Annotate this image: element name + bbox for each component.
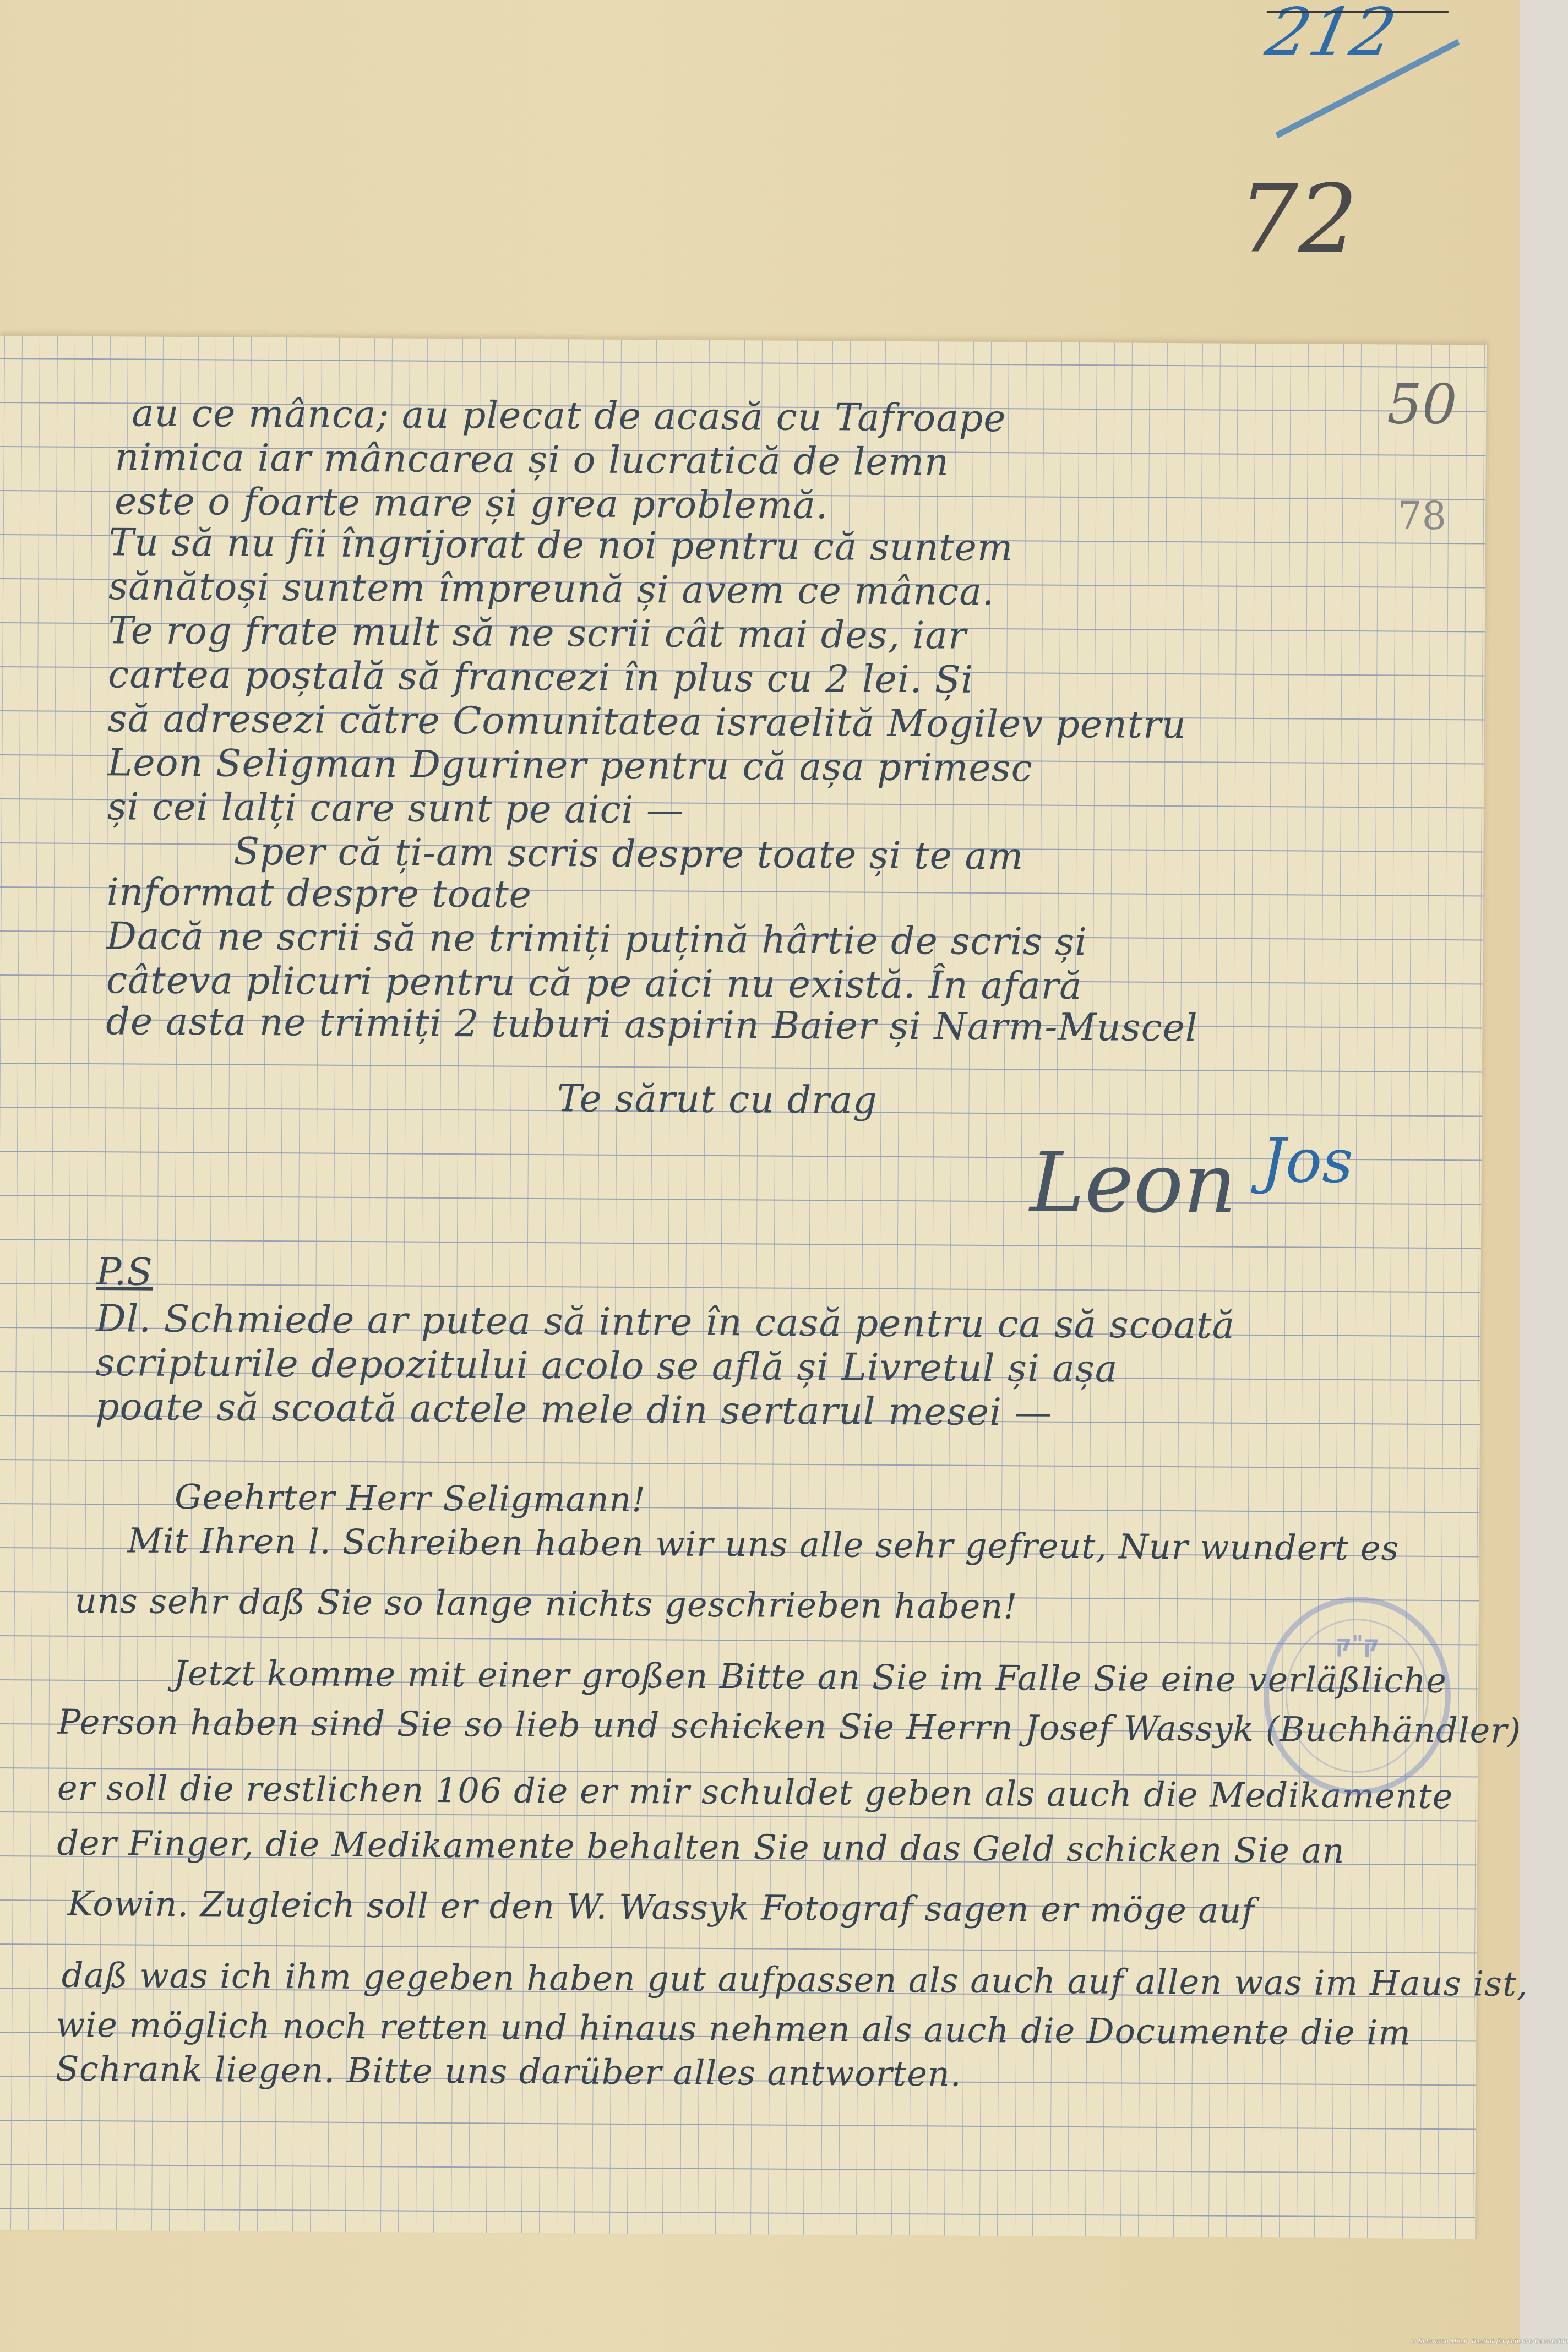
closing-greeting: Te sărut cu drag xyxy=(557,1077,878,1123)
community-stamp: ק"ק xyxy=(1263,1596,1451,1795)
ro-line-9: Leon Seligman Dguriner pentru că așa pri… xyxy=(107,741,1033,790)
stamp-inner-ring: ק"ק xyxy=(1285,1618,1429,1773)
ro-line-10: și cei lalți care sunt pe aici — xyxy=(107,785,685,832)
ro-line-15: de asta ne trimiți 2 tuburi aspirin Baie… xyxy=(106,1000,1198,1050)
ro-line-1: au ce mânca; au plecat de acasă cu Tafro… xyxy=(132,391,1006,440)
page-number: 50 xyxy=(1387,372,1457,437)
graph-paper-letter: 50 78 au ce mânca; au plecat de acasă cu… xyxy=(0,336,1488,2239)
signature: Leon xyxy=(1030,1135,1237,1232)
ro-line-3: este o foarte mare și grea problemă. xyxy=(115,480,829,527)
ps-line-1: Dl. Schmiede ar putea să intre în casă p… xyxy=(96,1297,1235,1348)
ro-line-2: nimica iar mâncarea și o lucratică de le… xyxy=(115,435,949,484)
ro-line-13: Dacă ne scrii să ne trimiți puțină hârti… xyxy=(106,914,1087,964)
folio-number-new: 72 xyxy=(1239,165,1358,274)
ro-line-12: informat despre toate xyxy=(107,870,532,917)
ps-line-3: poate să scoată actele mele din sertarul… xyxy=(95,1385,1053,1435)
de-line-7: Kowin. Zugleich soll er den W. Wassyk Fo… xyxy=(67,1883,1255,1931)
ro-line-5: sănătoși suntem împreună și avem ce mânc… xyxy=(108,565,995,614)
blue-signature-mark: Jos xyxy=(1261,1125,1354,1196)
de-salutation: Geehrter Herr Seligmann! xyxy=(175,1477,646,1520)
folio-number-old: 212 xyxy=(1246,0,1456,132)
ro-line-7: cartea poștală să francezi în plus cu 2 … xyxy=(108,653,973,702)
ro-line-11: Sper că ți-am scris despre toate și te a… xyxy=(233,830,1024,879)
de-line-8: daß was ich ihm gegeben haben gut aufpas… xyxy=(62,1955,1528,2004)
ro-line-6: Te rog frate mult să ne scrii cât mai de… xyxy=(108,609,966,658)
de-line-2: uns sehr daß Sie so lange nichts geschri… xyxy=(75,1581,1018,1626)
ro-line-4: Tu să nu fii îngrijorat de noi pentru că… xyxy=(108,521,1013,570)
de-line-10: Schrank liegen. Bitte uns darüber alles … xyxy=(56,2049,962,2094)
de-line-9: wie möglich noch retten und hinaus nehme… xyxy=(56,2005,1411,2053)
strike-line xyxy=(1266,11,1449,13)
de-line-3: Jetzt komme mit einer großen Bitte an Si… xyxy=(173,1653,1447,1701)
de-line-1: Mit Ihren l. Schreiben haben wir uns all… xyxy=(127,1520,1399,1568)
stamp-hebrew-text: ק"ק xyxy=(1336,1631,1380,1657)
ro-line-8: să adresezi către Comunitatea israelită … xyxy=(108,697,1186,747)
ps-label: P.S xyxy=(96,1250,153,1294)
de-line-5: er soll die restlichen 106 die er mir sc… xyxy=(57,1768,1453,1816)
de-line-6: der Finger, die Medikamente behalten Sie… xyxy=(57,1823,1345,1871)
copyright-notice: © Schwarze Milch, Institut für jüdische … xyxy=(1411,2338,1568,2345)
ps-line-2: scripturile depozitului acolo se află și… xyxy=(95,1341,1118,1391)
pencil-mark: 78 xyxy=(1397,493,1447,539)
